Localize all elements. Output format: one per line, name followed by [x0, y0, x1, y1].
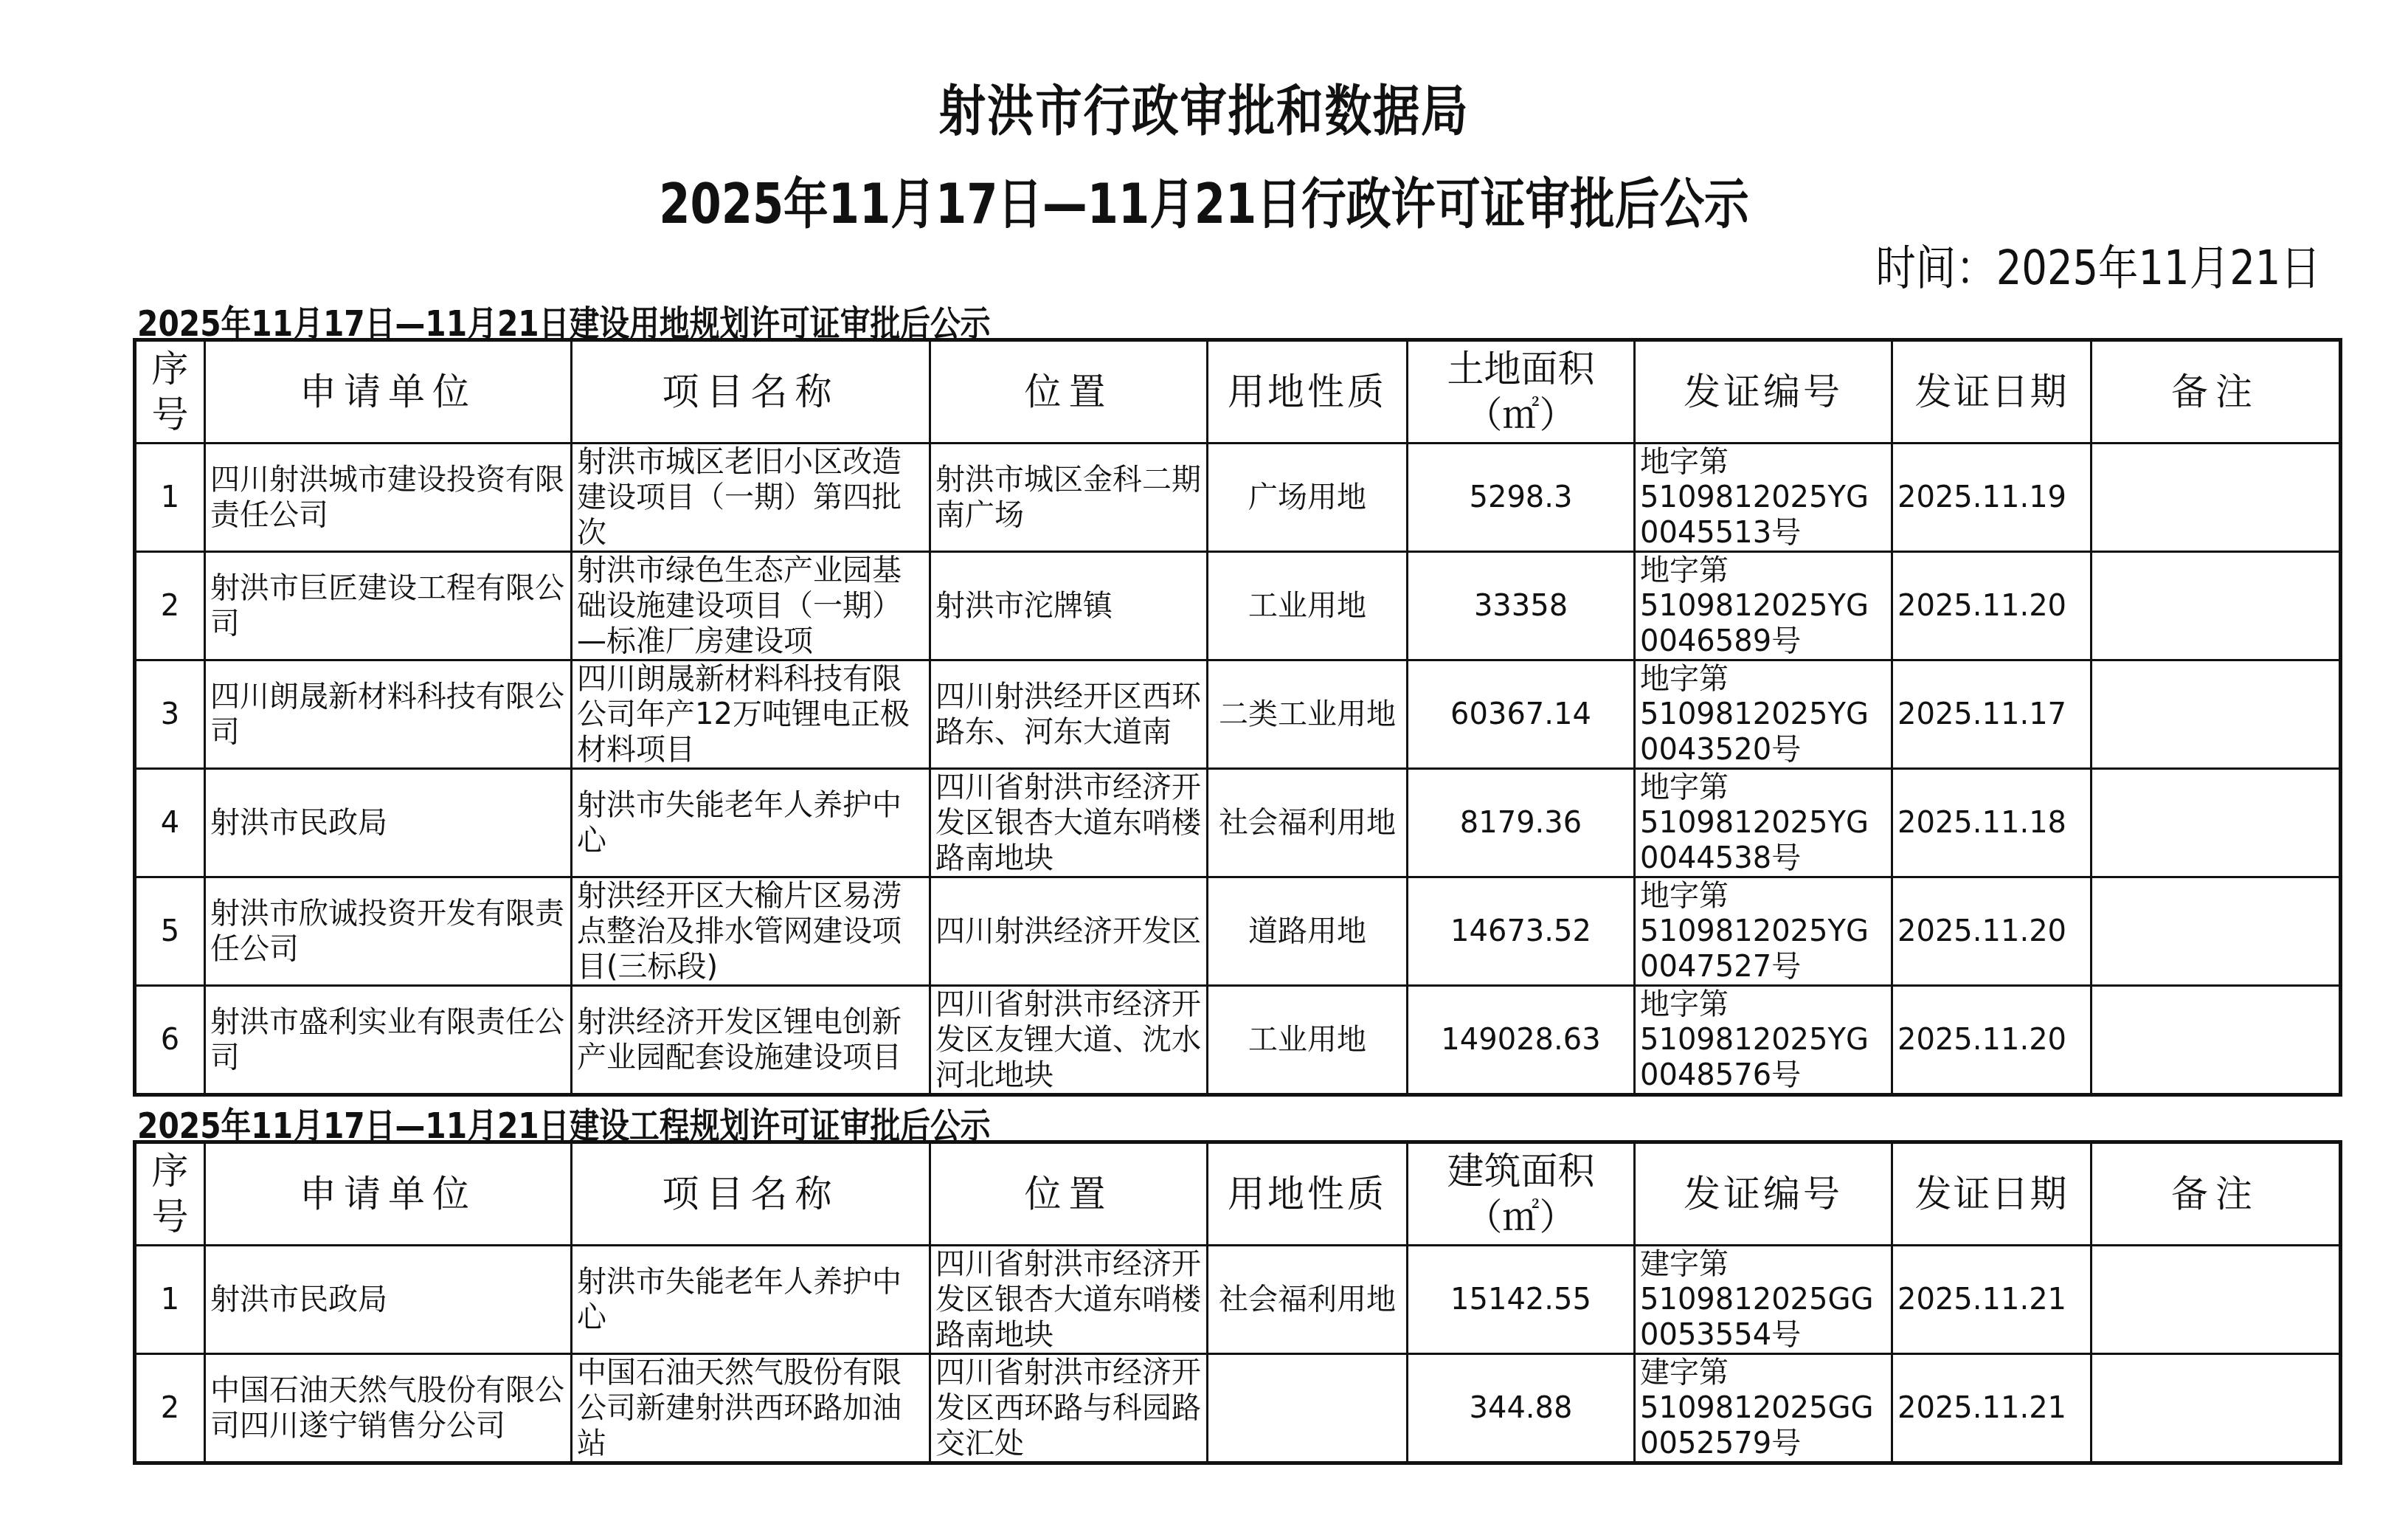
- table-row: 4 射洪市民政局 射洪市失能老年人养护中心 四川省射洪市经济开发区银杏大道东哨楼…: [135, 769, 2341, 877]
- cell-issue-date: 2025.11.17: [1892, 660, 2092, 769]
- cell-land-use: 工业用地: [1208, 552, 1408, 660]
- column-header-issue-date: 发证日期: [1892, 340, 2092, 444]
- column-header-applicant: 申请单位: [205, 1142, 572, 1246]
- cell-remarks: [2092, 444, 2341, 552]
- cell-remarks: [2092, 986, 2341, 1095]
- column-header-seq: 序 号: [135, 340, 205, 444]
- table-row: 5 射洪市欣诚投资开发有限责任公司 射洪经开区大榆片区易涝点整治及排水管网建设项…: [135, 877, 2341, 986]
- cell-seq: 4: [135, 769, 205, 877]
- column-header-remarks: 备注: [2092, 340, 2341, 444]
- cell-area: 8179.36: [1408, 769, 1635, 877]
- cell-area: 60367.14: [1408, 660, 1635, 769]
- cell-permit-no: 地字第5109812025YG0044538号: [1635, 769, 1892, 877]
- cell-location: 四川省射洪市经济开发区西环路与科园路交汇处: [930, 1354, 1208, 1463]
- column-header-applicant: 申请单位: [205, 340, 572, 444]
- cell-location: 射洪市沱牌镇: [930, 552, 1208, 660]
- table-row: 3 四川朗晟新材料科技有限公司 四川朗晟新材料科技有限公司年产12万吨锂电正极材…: [135, 660, 2341, 769]
- cell-project: 射洪市失能老年人养护中心: [572, 769, 930, 877]
- cell-applicant: 射洪市民政局: [205, 1246, 572, 1354]
- cell-permit-no: 地字第5109812025YG0046589号: [1635, 552, 1892, 660]
- cell-remarks: [2092, 660, 2341, 769]
- column-header-location: 位置: [930, 340, 1208, 444]
- cell-land-use: [1208, 1354, 1408, 1463]
- cell-project: 射洪市失能老年人养护中心: [572, 1246, 930, 1354]
- column-header-floor-area: 建筑面积 （㎡）: [1408, 1142, 1635, 1246]
- cell-seq: 2: [135, 552, 205, 660]
- cell-seq: 3: [135, 660, 205, 769]
- cell-project: 中国石油天然气股份有限公司新建射洪西环路加油站: [572, 1354, 930, 1463]
- document-subtitle: 2025年11月17日—11月21日行政许可证审批后公示: [217, 161, 2191, 239]
- cell-floor-area: 344.88: [1408, 1354, 1635, 1463]
- cell-floor-area: 15142.55: [1408, 1246, 1635, 1354]
- cell-applicant: 射洪市欣诚投资开发有限责任公司: [205, 877, 572, 986]
- publication-date: 时间：2025年11月21日: [1876, 230, 2321, 298]
- cell-permit-no: 建字第5109812025GG0052579号: [1635, 1354, 1892, 1463]
- cell-area: 5298.3: [1408, 444, 1635, 552]
- cell-issue-date: 2025.11.21: [1892, 1246, 2092, 1354]
- table-row: 1 四川射洪城市建设投资有限责任公司 射洪市城区老旧小区改造建设项目（一期）第四…: [135, 444, 2341, 552]
- column-header-project: 项目名称: [572, 340, 930, 444]
- cell-location: 四川省射洪市经济开发区银杏大道东哨楼路南地块: [930, 1246, 1208, 1354]
- cell-land-use: 二类工业用地: [1208, 660, 1408, 769]
- cell-issue-date: 2025.11.18: [1892, 769, 2092, 877]
- cell-seq: 1: [135, 1246, 205, 1354]
- cell-remarks: [2092, 1246, 2341, 1354]
- cell-permit-no: 地字第5109812025YG0047527号: [1635, 877, 1892, 986]
- cell-permit-no: 地字第5109812025YG0045513号: [1635, 444, 1892, 552]
- cell-project: 射洪市绿色生态产业园基础设施建设项目（一期）—标准厂房建设项: [572, 552, 930, 660]
- column-header-seq: 序 号: [135, 1142, 205, 1246]
- cell-location: 四川省射洪市经济开发区友锂大道、沈水河北地块: [930, 986, 1208, 1095]
- column-header-permit-no: 发证编号: [1635, 340, 1892, 444]
- cell-seq: 5: [135, 877, 205, 986]
- cell-project: 射洪市城区老旧小区改造建设项目（一期）第四批次: [572, 444, 930, 552]
- cell-location: 四川射洪经开区西环路东、河东大道南: [930, 660, 1208, 769]
- cell-area: 33358: [1408, 552, 1635, 660]
- cell-remarks: [2092, 769, 2341, 877]
- cell-applicant: 射洪市巨匠建设工程有限公司: [205, 552, 572, 660]
- column-header-location: 位置: [930, 1142, 1208, 1246]
- cell-permit-no: 地字第5109812025YG0048576号: [1635, 986, 1892, 1095]
- construction-permit-table: 序 号 申请单位 项目名称 位置 用地性质 建筑面积 （㎡） 发证编号 发证日期…: [133, 1140, 2342, 1465]
- cell-project: 射洪经开区大榆片区易涝点整治及排水管网建设项目(三标段): [572, 877, 930, 986]
- cell-project: 射洪经济开发区锂电创新产业园配套设施建设项目: [572, 986, 930, 1095]
- table-row: 2 射洪市巨匠建设工程有限公司 射洪市绿色生态产业园基础设施建设项目（一期）—标…: [135, 552, 2341, 660]
- column-header-project: 项目名称: [572, 1142, 930, 1246]
- cell-land-use: 工业用地: [1208, 986, 1408, 1095]
- cell-remarks: [2092, 1354, 2341, 1463]
- document-title: 射洪市行政审批和数据局: [168, 68, 2239, 146]
- cell-permit-no: 建字第5109812025GG0053554号: [1635, 1246, 1892, 1354]
- table-header-row: 序 号 申请单位 项目名称 位置 用地性质 建筑面积 （㎡） 发证编号 发证日期…: [135, 1142, 2341, 1246]
- table-row: 6 射洪市盛利实业有限责任公司 射洪经济开发区锂电创新产业园配套设施建设项目 四…: [135, 986, 2341, 1095]
- column-header-land-use: 用地性质: [1208, 340, 1408, 444]
- cell-project: 四川朗晟新材料科技有限公司年产12万吨锂电正极材料项目: [572, 660, 930, 769]
- cell-issue-date: 2025.11.20: [1892, 877, 2092, 986]
- cell-remarks: [2092, 877, 2341, 986]
- land-use-permit-table: 序 号 申请单位 项目名称 位置 用地性质 土地面积 （㎡） 发证编号 发证日期…: [133, 338, 2342, 1097]
- cell-area: 14673.52: [1408, 877, 1635, 986]
- cell-remarks: [2092, 552, 2341, 660]
- column-header-issue-date: 发证日期: [1892, 1142, 2092, 1246]
- cell-seq: 2: [135, 1354, 205, 1463]
- cell-issue-date: 2025.11.19: [1892, 444, 2092, 552]
- cell-location: 射洪市城区金科二期南广场: [930, 444, 1208, 552]
- cell-location: 四川射洪经济开发区: [930, 877, 1208, 986]
- column-header-remarks: 备注: [2092, 1142, 2341, 1246]
- cell-land-use: 社会福利用地: [1208, 769, 1408, 877]
- cell-applicant: 射洪市民政局: [205, 769, 572, 877]
- column-header-land-use: 用地性质: [1208, 1142, 1408, 1246]
- cell-land-use: 社会福利用地: [1208, 1246, 1408, 1354]
- cell-issue-date: 2025.11.20: [1892, 552, 2092, 660]
- table-row: 2 中国石油天然气股份有限公司四川遂宁销售分公司 中国石油天然气股份有限公司新建…: [135, 1354, 2341, 1463]
- cell-issue-date: 2025.11.21: [1892, 1354, 2092, 1463]
- cell-applicant: 中国石油天然气股份有限公司四川遂宁销售分公司: [205, 1354, 572, 1463]
- cell-seq: 6: [135, 986, 205, 1095]
- cell-seq: 1: [135, 444, 205, 552]
- column-header-area: 土地面积 （㎡）: [1408, 340, 1635, 444]
- cell-applicant: 四川射洪城市建设投资有限责任公司: [205, 444, 572, 552]
- cell-permit-no: 地字第5109812025YG0043520号: [1635, 660, 1892, 769]
- table-header-row: 序 号 申请单位 项目名称 位置 用地性质 土地面积 （㎡） 发证编号 发证日期…: [135, 340, 2341, 444]
- cell-applicant: 射洪市盛利实业有限责任公司: [205, 986, 572, 1095]
- cell-area: 149028.63: [1408, 986, 1635, 1095]
- cell-land-use: 广场用地: [1208, 444, 1408, 552]
- cell-location: 四川省射洪市经济开发区银杏大道东哨楼路南地块: [930, 769, 1208, 877]
- column-header-permit-no: 发证编号: [1635, 1142, 1892, 1246]
- cell-issue-date: 2025.11.20: [1892, 986, 2092, 1095]
- cell-land-use: 道路用地: [1208, 877, 1408, 986]
- cell-applicant: 四川朗晟新材料科技有限公司: [205, 660, 572, 769]
- table-row: 1 射洪市民政局 射洪市失能老年人养护中心 四川省射洪市经济开发区银杏大道东哨楼…: [135, 1246, 2341, 1354]
